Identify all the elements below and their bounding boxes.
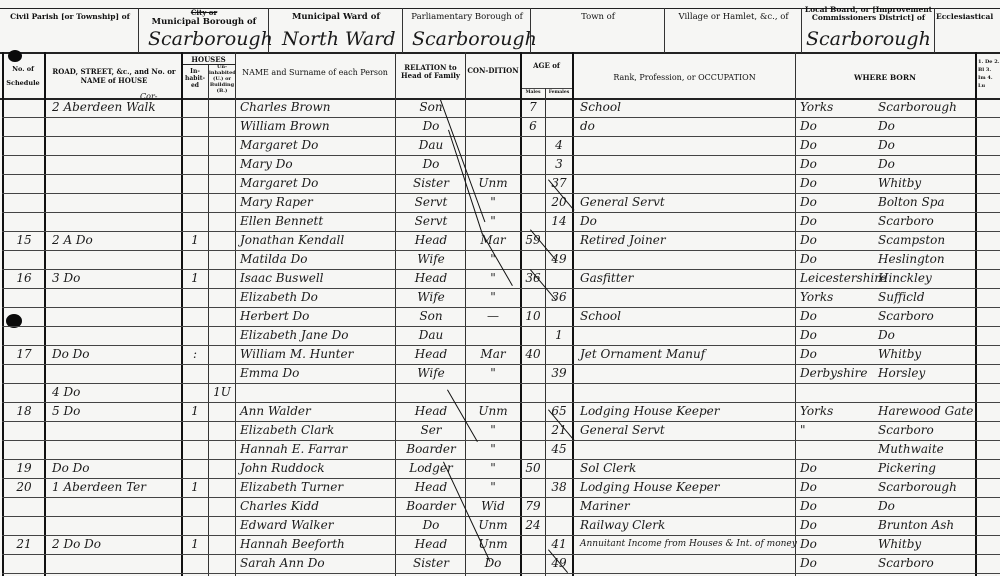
houses-uninhabited [210,402,234,421]
occupation: Lodging House Keeper [580,402,794,421]
born-county: Do [800,307,870,326]
houses-inhabited: 1 [184,231,206,250]
born-county: Do [800,459,870,478]
houses-inhabited [184,421,206,440]
houses-uninhabited [210,440,234,459]
person-name: Hannah Beeforth [240,535,394,554]
houses-uninhabited [210,288,234,307]
road-address: 4 Do [52,383,180,402]
person-name: Mary Do [240,155,394,174]
age-female: 39 [547,364,571,383]
condition-header: CON-DITION [466,66,520,75]
age-header: AGE of [521,62,572,70]
village-label: Village or Hamlet, &c., of [666,12,801,22]
person-name: Emma Do [240,364,394,383]
houses-uninhabited [210,250,234,269]
road-address [52,155,180,174]
age-female: 1 [547,326,571,345]
houses-inhabited [184,364,206,383]
occupation: Railway Clerk [580,516,794,535]
schedule-number [6,440,42,459]
born-county: Do [800,554,870,573]
road-address [52,136,180,155]
born-place: Do [878,136,974,155]
where-born-header: WHERE BORN [796,73,974,82]
houses-uninhabited [210,193,234,212]
born-place: Whitby [878,174,974,193]
person-name: William M. Hunter [240,345,394,364]
relation: Wife [398,364,464,383]
occupation [580,554,794,573]
born-place [878,383,974,402]
born-county: Do [800,345,870,364]
person-name: Matilda Do [240,250,394,269]
houses-inhabited: 1 [184,478,206,497]
schedule-number [6,326,42,345]
born-county: Leicestershire [800,269,870,288]
born-place: Scampston [878,231,974,250]
ink-blot [8,50,22,62]
age-male [522,136,544,155]
born-county: Do [800,231,870,250]
born-county: Yorks [800,402,870,421]
road-address [52,250,180,269]
houses-inhabited [184,212,206,231]
relation: Son [398,98,464,117]
parliamentary-borough-label: Parliamentary Borough of [404,12,530,22]
person-name: Margaret Do [240,136,394,155]
born-county: Derbyshire [800,364,870,383]
schedule-number [6,288,42,307]
age-male [522,402,544,421]
occupation: School [580,307,794,326]
born-county: Yorks [800,288,870,307]
condition [468,117,518,136]
born-county: Do [800,212,870,231]
age-male: 7 [522,98,544,117]
occupation: do [580,117,794,136]
houses-uninhabited [210,136,234,155]
relation: Head [398,535,464,554]
schedule-header: No. of Schedule [2,62,44,90]
person-name: William Brown [240,117,394,136]
schedule-number [6,212,42,231]
houses-inhabited: 1 [184,269,206,288]
occupation: General Servt [580,421,794,440]
name-header: NAME and Surname of each Person [236,68,394,77]
condition: — [468,307,518,326]
relation: Ser [398,421,464,440]
born-county: Do [800,250,870,269]
road-address: 1 Aberdeen Ter [52,478,180,497]
age-male [522,326,544,345]
age-female [547,231,571,250]
age-female [547,345,571,364]
born-place: Horsley [878,364,974,383]
born-place: Harewood Gate [878,402,974,421]
age-male: 10 [522,307,544,326]
born-place: Brunton Ash [878,516,974,535]
schedule-number [6,98,42,117]
road-annotation: Cor- [140,92,157,101]
age-male: 24 [522,516,544,535]
born-place: Do [878,326,974,345]
born-county: Do [800,478,870,497]
occupation [580,288,794,307]
ecclesiastical-label: Ecclesiastical [936,12,1000,22]
houses-uninhabited [210,345,234,364]
condition [468,98,518,117]
age-male: 50 [522,459,544,478]
schedule-number: 17 [6,345,42,364]
person-name: Elizabeth Clark [240,421,394,440]
infirmity-header: 1. De 2. Bl 3. Im 4. Lu [978,58,1000,96]
born-place: Do [878,497,974,516]
person-name: Elizabeth Turner [240,478,394,497]
person-name: Herbert Do [240,307,394,326]
person-name: Sarah Ann Do [240,554,394,573]
relation: Boarder [398,497,464,516]
houses-uninhabited [210,516,234,535]
houses-uninhabited [210,554,234,573]
person-name: Margaret Do [240,174,394,193]
age-female [547,98,571,117]
born-place: Whitby [878,535,974,554]
age-female: 36 [547,288,571,307]
divider [801,8,802,53]
relation: Servt [398,212,464,231]
person-name: Jonathan Kendall [240,231,394,250]
born-county [800,440,870,459]
houses-uninhabited [210,326,234,345]
road-address [52,516,180,535]
born-county: " [800,421,870,440]
occupation: Do [580,212,794,231]
person-name: Ellen Bennett [240,212,394,231]
houses-uninhabited [210,535,234,554]
houses-inhabited: : [184,345,206,364]
born-place: Scarboro [878,554,974,573]
road-address: 2 Do Do [52,535,180,554]
houses-inhabited [184,174,206,193]
occupation: Mariner [580,497,794,516]
schedule-number [6,250,42,269]
born-county: Do [800,117,870,136]
houses-uninhabited [210,364,234,383]
age-female [547,269,571,288]
houses-inhabited [184,98,206,117]
born-place: Scarboro [878,307,974,326]
person-name: Ann Walder [240,402,394,421]
schedule-number: 21 [6,535,42,554]
occupation: Annuitant Income from Houses & Int. of m… [580,535,794,554]
age-female [547,516,571,535]
town-label: Town of [532,12,664,22]
condition: " [468,440,518,459]
houses-inhabited [184,117,206,136]
schedule-number [6,383,42,402]
houses-inhabited [184,516,206,535]
occupation: Retired Joiner [580,231,794,250]
houses-inhabited [184,193,206,212]
houses-inhabited [184,155,206,174]
relation: Do [398,516,464,535]
person-name: Hannah E. Farrar [240,440,394,459]
age-male: 6 [522,117,544,136]
age-female: 14 [547,212,571,231]
houses-inhabited [184,326,206,345]
schedule-number [6,421,42,440]
schedule-number [6,307,42,326]
person-name: Mary Raper [240,193,394,212]
houses-inhabited: 1 [184,402,206,421]
born-place: Scarboro [878,212,974,231]
condition: Unm [468,174,518,193]
born-county: Do [800,516,870,535]
condition: Wid [468,497,518,516]
person-name: Edward Walker [240,516,394,535]
occupation: School [580,98,794,117]
road-address: 2 Aberdeen Walk [52,98,180,117]
age-male [522,421,544,440]
houses-uninhabited [210,231,234,250]
occupation [580,440,794,459]
schedule-number [6,136,42,155]
schedule-number: 20 [6,478,42,497]
relation: Lodger [398,459,464,478]
born-place: Muthwaite [878,440,974,459]
born-county: Do [800,193,870,212]
relation [398,383,464,402]
relation: Wife [398,288,464,307]
houses-uninhabited [210,174,234,193]
column-rule [545,88,546,576]
schedule-number [6,117,42,136]
houses-inhabited [184,136,206,155]
condition: Unm [468,535,518,554]
condition [468,383,518,402]
person-name: Charles Kidd [240,497,394,516]
houses-inhabited [184,383,206,402]
relation: Head [398,402,464,421]
houses-uninhabited [210,307,234,326]
census-page: Civil Parish [or Township] of City or Mu… [0,0,1000,576]
schedule-number: 16 [6,269,42,288]
road-address [52,288,180,307]
born-place: Sufficld [878,288,974,307]
divider [402,8,403,53]
born-place: Whitby [878,345,974,364]
born-county: Do [800,326,870,345]
person-name: Elizabeth Do [240,288,394,307]
condition: Do [468,554,518,573]
age-male: 40 [522,345,544,364]
relation: Dau [398,326,464,345]
occupation: Gasfitter [580,269,794,288]
relation: Head [398,231,464,250]
age-male [522,250,544,269]
road-address: 2 A Do [52,231,180,250]
relation: Son [398,307,464,326]
civil-parish-label: Civil Parish [or Township] of [2,12,138,22]
age-male [522,155,544,174]
age-male [522,364,544,383]
road-address [52,212,180,231]
relation: Wife [398,250,464,269]
schedule-number [6,174,42,193]
born-place: Pickering [878,459,974,478]
houses-uninhabited [210,212,234,231]
road-address: Do Do [52,345,180,364]
age-male [522,174,544,193]
road-address [52,174,180,193]
relation: Sister [398,554,464,573]
condition: " [468,288,518,307]
born-county: Do [800,535,870,554]
houses-inhabited [184,497,206,516]
schedule-number [6,193,42,212]
road-address [52,117,180,136]
age-male [522,193,544,212]
born-place: Scarboro [878,421,974,440]
born-county: Do [800,136,870,155]
age-male [522,288,544,307]
born-county: Do [800,497,870,516]
rule [0,52,1000,54]
age-male [522,535,544,554]
born-place: Heslington [878,250,974,269]
road-address [52,364,180,383]
born-place: Do [878,155,974,174]
houses-uninhabited [210,478,234,497]
age-female: 4 [547,136,571,155]
condition: Mar [468,345,518,364]
municipal-ward-label: Municipal Ward of [270,12,402,22]
houses-inhabited: 1 [184,535,206,554]
road-address [52,440,180,459]
road-address [52,193,180,212]
age-male [522,212,544,231]
municipal-borough-label: Municipal Borough of [140,17,268,27]
born-place: Scarborough [878,478,974,497]
condition: Unm [468,402,518,421]
condition: Mar [468,231,518,250]
uninhabited-header: Un-inhabited (U.) or Building (B.) [209,64,235,94]
road-address: 3 Do [52,269,180,288]
municipal-borough-value: Scarborough [148,28,273,50]
occupation [580,326,794,345]
relation: Head [398,269,464,288]
relation: Head [398,345,464,364]
schedule-number [6,364,42,383]
age-male [522,383,544,402]
schedule-number [6,155,42,174]
houses-inhabited [184,288,206,307]
condition: " [468,478,518,497]
road-address [52,497,180,516]
occupation [580,383,794,402]
occupation-header: Rank, Profession, or OCCUPATION [574,73,795,82]
houses-inhabited [184,250,206,269]
inhabited-header: In-habit-ed [182,68,208,89]
age-female [547,383,571,402]
females-header: Females [546,89,572,97]
born-county: Do [800,155,870,174]
row-rule [2,573,1000,574]
age-female: 45 [547,440,571,459]
schedule-number [6,554,42,573]
age-male [522,440,544,459]
age-female [547,497,571,516]
condition [468,326,518,345]
person-name [240,383,394,402]
schedule-number: 15 [6,231,42,250]
local-board-label: Local Board, or [Improvement Commissione… [803,6,934,22]
occupation: General Servt [580,193,794,212]
born-county [800,383,870,402]
road-address [52,421,180,440]
houses-uninhabited [210,269,234,288]
occupation: Lodging House Keeper [580,478,794,497]
parliamentary-borough-value: Scarborough [412,28,537,50]
houses-inhabited [184,554,206,573]
person-name: Charles Brown [240,98,394,117]
schedule-number [6,516,42,535]
age-male: 79 [522,497,544,516]
age-male [522,554,544,573]
age-female: 38 [547,478,571,497]
houses-uninhabited [210,98,234,117]
age-male [522,478,544,497]
occupation: Sol Clerk [580,459,794,478]
road-header: ROAD, STREET, &c., and No. or NAME of HO… [46,67,182,85]
houses-uninhabited [210,155,234,174]
local-board-value: Scarborough [806,28,931,50]
houses-inhabited [184,459,206,478]
occupation [580,364,794,383]
age-female [547,459,571,478]
condition: " [468,459,518,478]
person-name: John Ruddock [240,459,394,478]
occupation [580,136,794,155]
condition [468,136,518,155]
schedule-number: 19 [6,459,42,478]
houses-uninhabited [210,421,234,440]
condition: " [468,364,518,383]
occupation: Jet Ornament Manuf [580,345,794,364]
person-name: Elizabeth Jane Do [240,326,394,345]
schedule-number: 18 [6,402,42,421]
schedule-number [6,497,42,516]
road-address [52,326,180,345]
born-place: Bolton Spa [878,193,974,212]
age-female: 3 [547,155,571,174]
road-address [52,554,180,573]
houses-uninhabited [210,497,234,516]
condition: " [468,269,518,288]
age-female [547,117,571,136]
person-name: Isaac Buswell [240,269,394,288]
road-address: 5 Do [52,402,180,421]
houses-inhabited [184,440,206,459]
road-address [52,307,180,326]
occupation [580,174,794,193]
divider [664,8,665,53]
born-county: Do [800,174,870,193]
houses-uninhabited [210,459,234,478]
born-place: Do [878,117,974,136]
road-address: Do Do [52,459,180,478]
